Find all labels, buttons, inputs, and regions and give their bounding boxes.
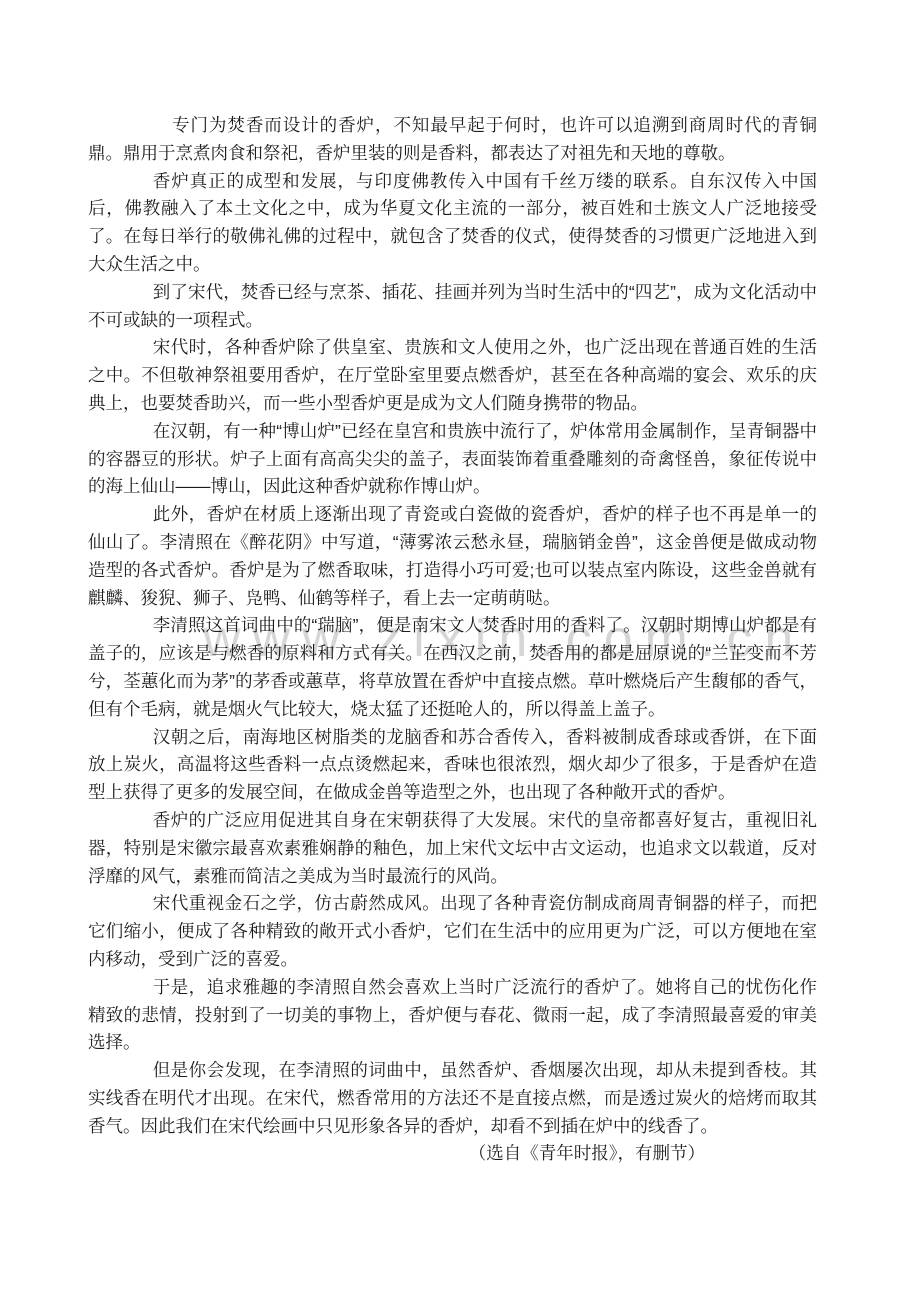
paragraph: 香炉真正的成型和发展，与印度佛教传入中国有千丝万缕的联系。自东汉传入中国后，佛教…: [88, 168, 817, 279]
paragraph: 宋代时，各种香炉除了供皇室、贵族和文人使用之外，也广泛出现在普通百姓的生活之中。…: [88, 334, 817, 417]
paragraph: 在汉朝，有一种“博山炉”已经在皇宫和贵族中流行了，炉体常用金属制作，呈青铜器中的…: [88, 418, 817, 501]
paragraph: 到了宋代，焚香已经与烹茶、插花、挂画并列为当时生活中的“四艺”，成为文化活动中不…: [88, 279, 817, 335]
document-page: www.zixin.com.cn 专门为焚香而设计的香炉，不知最早起于何时，也许…: [0, 0, 920, 1302]
article-body: 专门为焚香而设计的香炉，不知最早起于何时，也许可以追溯到商周时代的青铜鼎。鼎用于…: [0, 0, 920, 1168]
paragraph: 宋代重视金石之学，仿古蔚然成风。出现了各种青瓷仿制成商周青铜器的样子，而把它们缩…: [88, 890, 817, 973]
paragraph: 李清照这首词曲中的“瑞脑”，便是南宋文人焚香时用的香料了。汉朝时期博山炉都是有盖…: [88, 612, 817, 723]
paragraph: 香炉的广泛应用促进其自身在宋朝获得了大发展。宋代的皇帝都喜好复古，重视旧礼器，特…: [88, 807, 817, 890]
paragraph: 但是你会发现，在李清照的词曲中，虽然香炉、香烟屡次出现，却从未提到香枝。其实线香…: [88, 1057, 817, 1140]
paragraph: 汉朝之后，南海地区树脂类的龙脑香和苏合香传入，香料被制成香球或香饼，在下面放上炭…: [88, 724, 817, 807]
attribution-line: （选自《青年时报》，有删节）: [88, 1140, 817, 1168]
paragraph: 此外，香炉在材质上逐渐出现了青瓷或白瓷做的瓷香炉，香炉的样子也不再是单一的仙山了…: [88, 501, 817, 612]
paragraph: 专门为焚香而设计的香炉，不知最早起于何时，也许可以追溯到商周时代的青铜鼎。鼎用于…: [88, 112, 817, 168]
paragraph: 于是，追求雅趣的李清照自然会喜欢上当时广泛流行的香炉了。她将自己的忧伤化作精致的…: [88, 974, 817, 1057]
